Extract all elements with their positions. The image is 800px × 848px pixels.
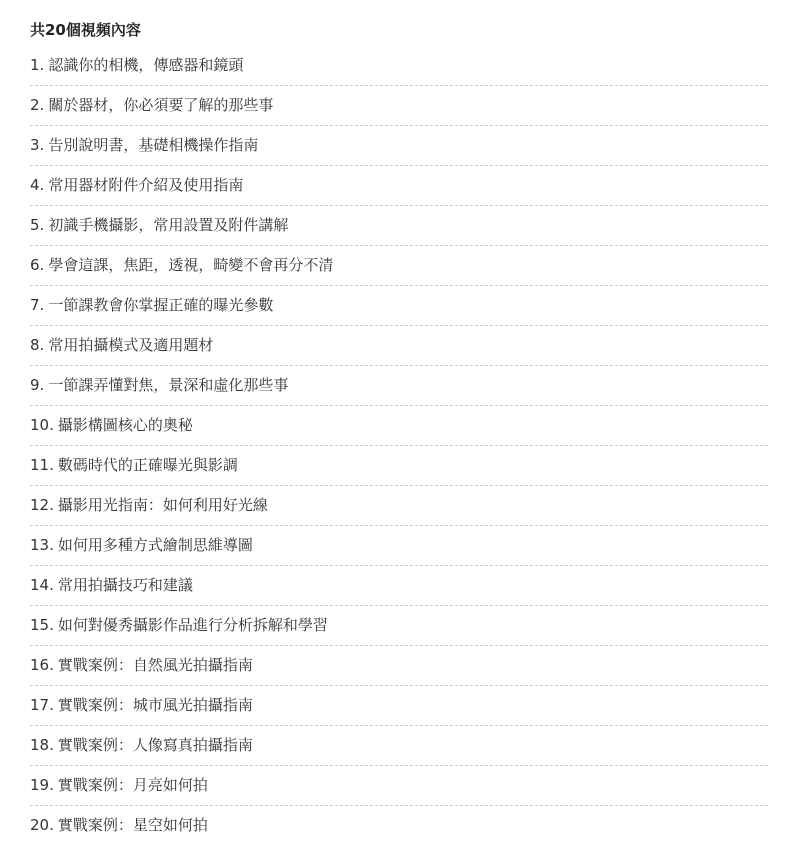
item-number: 10.: [30, 416, 54, 434]
item-number: 4.: [30, 176, 44, 194]
list-header-title: 共20個視頻內容: [30, 0, 768, 40]
list-item[interactable]: 10.攝影構圖核心的奧秘: [30, 406, 768, 446]
item-number: 2.: [30, 96, 44, 114]
item-title: 如何對優秀攝影作品進行分析拆解和學習: [58, 616, 328, 634]
list-item[interactable]: 9.一節課弄懂對焦，景深和虛化那些事: [30, 366, 768, 406]
list-item[interactable]: 3.告別說明書，基礎相機操作指南: [30, 126, 768, 166]
video-list: 1.認識你的相機，傳感器和鏡頭 2.關於器材，你必須要了解的那些事 3.告別說明…: [30, 46, 768, 845]
item-number: 14.: [30, 576, 54, 594]
item-title: 實戰案例：城市風光拍攝指南: [58, 696, 253, 714]
item-title: 數碼時代的正確曝光與影調: [58, 456, 238, 474]
item-title: 實戰案例：自然風光拍攝指南: [58, 656, 253, 674]
item-title: 告別說明書，基礎相機操作指南: [48, 136, 258, 154]
list-item[interactable]: 13.如何用多種方式繪制思維導圖: [30, 526, 768, 566]
item-title: 常用拍攝模式及適用題材: [48, 336, 213, 354]
item-number: 12.: [30, 496, 54, 514]
item-number: 17.: [30, 696, 54, 714]
item-title: 常用拍攝技巧和建議: [58, 576, 193, 594]
item-number: 1.: [30, 56, 44, 74]
item-title: 常用器材附件介紹及使用指南: [48, 176, 243, 194]
list-item[interactable]: 19.實戰案例：月亮如何拍: [30, 766, 768, 806]
list-item[interactable]: 16.實戰案例：自然風光拍攝指南: [30, 646, 768, 686]
list-item[interactable]: 4.常用器材附件介紹及使用指南: [30, 166, 768, 206]
item-title: 攝影用光指南：如何利用好光線: [58, 496, 268, 514]
video-content-list-panel: 共20個視頻內容 1.認識你的相機，傳感器和鏡頭 2.關於器材，你必須要了解的那…: [0, 0, 800, 845]
item-title: 實戰案例：月亮如何拍: [58, 776, 208, 794]
item-title: 一節課弄懂對焦，景深和虛化那些事: [48, 376, 288, 394]
list-item[interactable]: 15.如何對優秀攝影作品進行分析拆解和學習: [30, 606, 768, 646]
item-number: 11.: [30, 456, 54, 474]
item-number: 9.: [30, 376, 44, 394]
list-item[interactable]: 1.認識你的相機，傳感器和鏡頭: [30, 46, 768, 86]
item-title: 實戰案例：星空如何拍: [58, 816, 208, 834]
item-number: 19.: [30, 776, 54, 794]
list-item[interactable]: 7.一節課教會你掌握正確的曝光參數: [30, 286, 768, 326]
item-title: 實戰案例：人像寫真拍攝指南: [58, 736, 253, 754]
item-number: 6.: [30, 256, 44, 274]
item-number: 15.: [30, 616, 54, 634]
item-number: 3.: [30, 136, 44, 154]
list-item[interactable]: 17.實戰案例：城市風光拍攝指南: [30, 686, 768, 726]
list-item[interactable]: 18.實戰案例：人像寫真拍攝指南: [30, 726, 768, 766]
item-title: 認識你的相機，傳感器和鏡頭: [48, 56, 243, 74]
item-number: 5.: [30, 216, 44, 234]
list-item[interactable]: 11.數碼時代的正確曝光與影調: [30, 446, 768, 486]
list-item[interactable]: 12.攝影用光指南：如何利用好光線: [30, 486, 768, 526]
item-number: 20.: [30, 816, 54, 834]
list-item[interactable]: 5.初識手機攝影，常用設置及附件講解: [30, 206, 768, 246]
list-item[interactable]: 14.常用拍攝技巧和建議: [30, 566, 768, 606]
item-title: 如何用多種方式繪制思維導圖: [58, 536, 253, 554]
list-item[interactable]: 6.學會這課，焦距，透視，畸變不會再分不清: [30, 246, 768, 286]
item-title: 一節課教會你掌握正確的曝光參數: [48, 296, 273, 314]
item-number: 8.: [30, 336, 44, 354]
item-number: 18.: [30, 736, 54, 754]
list-item[interactable]: 20.實戰案例：星空如何拍: [30, 806, 768, 845]
item-number: 13.: [30, 536, 54, 554]
item-title: 初識手機攝影，常用設置及附件講解: [48, 216, 288, 234]
item-title: 攝影構圖核心的奧秘: [58, 416, 193, 434]
item-title: 學會這課，焦距，透視，畸變不會再分不清: [48, 256, 333, 274]
list-item[interactable]: 8.常用拍攝模式及適用題材: [30, 326, 768, 366]
item-title: 關於器材，你必須要了解的那些事: [48, 96, 273, 114]
item-number: 16.: [30, 656, 54, 674]
list-item[interactable]: 2.關於器材，你必須要了解的那些事: [30, 86, 768, 126]
item-number: 7.: [30, 296, 44, 314]
